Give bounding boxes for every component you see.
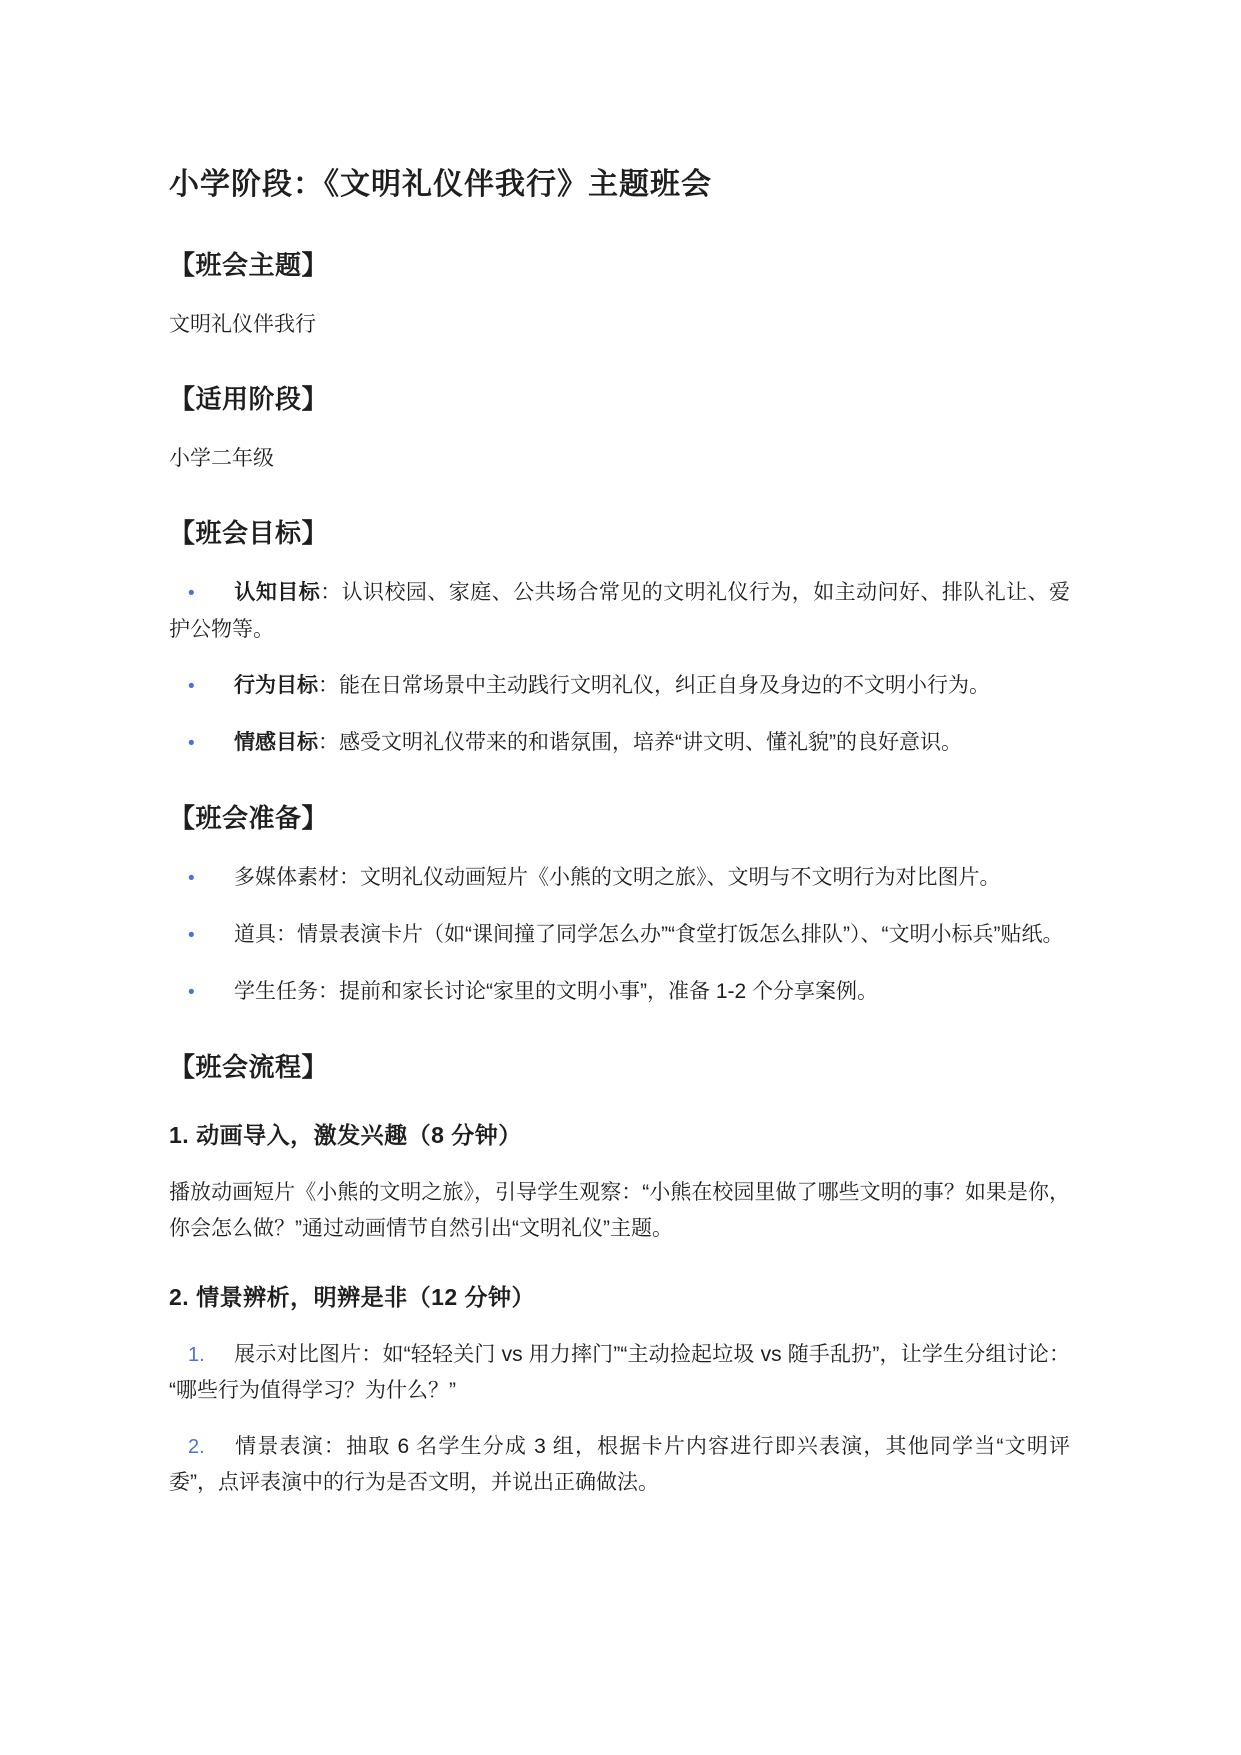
bullet-icon: • [188,918,234,954]
section-heading-theme: 【班会主题】 [169,247,1070,283]
goal-item-cognitive: •认知目标：认识校园、家庭、公共场合常见的文明礼仪行为，如主动问好、排队礼让、爱… [169,575,1070,648]
flow-step-1-text: 播放动画短片《小熊的文明之旅》，引导学生观察：“小熊在校园里做了哪些文明的事？如… [169,1175,1070,1247]
doc-title: 小学阶段：《文明礼仪伴我行》主题班会 [169,165,1070,205]
flow-step-1-heading: 1. 动画导入，激发兴趣（8 分钟） [169,1119,1070,1151]
section-heading-prep: 【班会准备】 [169,800,1070,836]
prep-item-media: •多媒体素材：文明礼仪动画短片《小熊的文明之旅》、文明与不文明行为对比图片。 [169,860,1070,897]
theme-text: 文明礼仪伴我行 [169,307,1070,343]
prep-text: 多媒体素材：文明礼仪动画短片《小熊的文明之旅》、文明与不文明行为对比图片。 [234,866,1001,889]
goal-text: ：感受文明礼仪带来的和谐氛围，培养“讲文明、懂礼貌”的良好意识。 [318,731,962,754]
goal-text: ：能在日常场景中主动践行文明礼仪，纠正自身及身边的不文明小行为。 [318,674,990,697]
bullet-icon: • [188,726,234,762]
flow-step-2-item-2: 2.情景表演：抽取 6 名学生分成 3 组，根据卡片内容进行即兴表演，其他同学当… [169,1429,1070,1501]
goal-label: 认知目标 [234,581,320,604]
flow-item-text: 展示对比图片：如“轻轻关门 vs 用力摔门”“主动捡起垃圾 vs 随手乱扔”，让… [169,1343,1070,1402]
bullet-icon: • [188,576,234,612]
flow-step-2-item-1: 1.展示对比图片：如“轻轻关门 vs 用力摔门”“主动捡起垃圾 vs 随手乱扔”… [169,1337,1070,1409]
document-page: 小学阶段：《文明礼仪伴我行》主题班会 【班会主题】 文明礼仪伴我行 【适用阶段】… [0,0,1241,1755]
prep-text: 道具：情景表演卡片（如“课间撞了同学怎么办”“食堂打饭怎么排队”）、“文明小标兵… [234,923,1063,946]
goal-item-behavior: •行为目标：能在日常场景中主动践行文明礼仪，纠正自身及身边的不文明小行为。 [169,668,1070,705]
stage-text: 小学二年级 [169,441,1070,477]
section-heading-flow: 【班会流程】 [169,1049,1070,1085]
list-number: 2. [188,1429,234,1465]
section-heading-stage: 【适用阶段】 [169,381,1070,417]
goal-label: 情感目标 [234,731,318,754]
prep-item-student-task: •学生任务：提前和家长讨论“家里的文明小事”，准备 1-2 个分享案例。 [169,974,1070,1011]
flow-item-text: 情景表演：抽取 6 名学生分成 3 组，根据卡片内容进行即兴表演，其他同学当“文… [169,1435,1070,1494]
goal-label: 行为目标 [234,674,318,697]
bullet-icon: • [188,861,234,897]
prep-item-props: •道具：情景表演卡片（如“课间撞了同学怎么办”“食堂打饭怎么排队”）、“文明小标… [169,917,1070,954]
flow-step-2-heading: 2. 情景辨析，明辨是非（12 分钟） [169,1281,1070,1313]
prep-text: 学生任务：提前和家长讨论“家里的文明小事”，准备 1-2 个分享案例。 [234,980,878,1003]
section-heading-goals: 【班会目标】 [169,515,1070,551]
bullet-icon: • [188,975,234,1011]
list-number: 1. [188,1337,234,1373]
bullet-icon: • [188,669,234,705]
goal-item-emotion: •情感目标：感受文明礼仪带来的和谐氛围，培养“讲文明、懂礼貌”的良好意识。 [169,725,1070,762]
